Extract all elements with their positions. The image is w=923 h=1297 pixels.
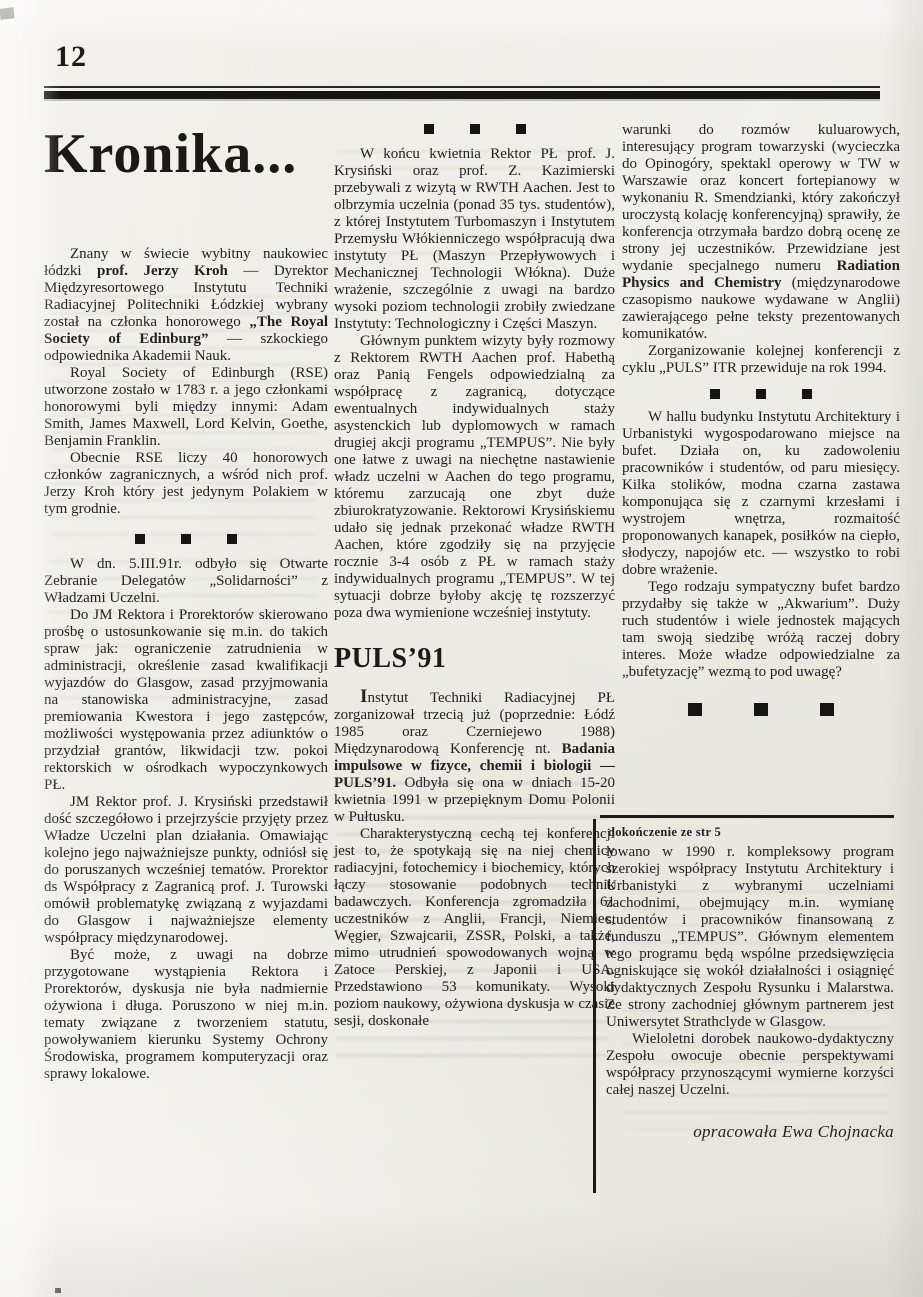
- column-3: warunki do rozmów kuluarowych, interesuj…: [622, 122, 900, 716]
- paragraph: W dn. 5.III.91r. odbyło się Otwarte Zebr…: [44, 556, 328, 607]
- page-number: 12: [55, 40, 87, 74]
- paragraph: JM Rektor prof. J. Krysiński przedstawił…: [44, 794, 328, 947]
- author-credit: opracowała Ewa Chojnacka: [606, 1123, 894, 1140]
- scan-artifact-mark: [0, 7, 15, 19]
- paragraph: Być może, z uwagi na dobrze przygotowane…: [44, 947, 328, 1083]
- paragraph: Znany w świecie wybitny naukowiec łódzki…: [44, 246, 328, 365]
- continuation-rule-vertical: [593, 819, 596, 1193]
- continuation-note: dokończenie ze str 5: [608, 824, 894, 841]
- paragraph: Zorganizowanie kolejnej konferencji z cy…: [622, 343, 900, 377]
- paragraph: Do JM Rektora i Prorektorów skierowano p…: [44, 607, 328, 794]
- column-3-continuation: dokończenie ze str 5 łowano w 1990 r. ko…: [606, 824, 894, 1140]
- column-2: W końcu kwietnia Rektor PŁ prof. J. Krys…: [334, 122, 615, 1030]
- section-separator: [622, 703, 900, 716]
- scanned-newsletter-page: 12 Kronika... Znany w świecie wybitny na…: [0, 0, 923, 1297]
- scan-artifact-mark: [55, 1288, 61, 1293]
- paragraph: łowano w 1990 r. kompleksowy program sze…: [606, 844, 894, 1031]
- square-marker-icon: [227, 534, 237, 544]
- square-marker-icon: [802, 389, 812, 399]
- paragraph: warunki do rozmów kuluarowych, interesuj…: [622, 122, 900, 343]
- square-marker-icon: [688, 703, 702, 716]
- paragraph: W hallu budynku Instytutu Architektury i…: [622, 409, 900, 579]
- square-marker-icon: [756, 389, 766, 399]
- continuation-rule-horizontal: [600, 815, 894, 818]
- paragraph: Royal Society of Edinburgh (RSE) utworzo…: [44, 365, 328, 450]
- square-marker-icon: [424, 124, 434, 134]
- square-marker-icon: [710, 389, 720, 399]
- column-1: Kronika... Znany w świecie wybitny nauko…: [44, 126, 328, 1083]
- square-marker-icon: [516, 124, 526, 134]
- section-separator: [622, 389, 900, 399]
- paragraph: Charakterystyczną cechą tej konferencji …: [334, 826, 615, 1030]
- square-marker-icon: [470, 124, 480, 134]
- paragraph: Głównym punktem wizyty były rozmowy z Re…: [334, 333, 615, 622]
- paragraph: Instytut Techniki Radiacyjnej PŁ zorgani…: [334, 688, 615, 826]
- section-title-puls91: PULS’91: [334, 644, 615, 674]
- header-rule-thick: [44, 91, 880, 99]
- square-marker-icon: [135, 534, 145, 544]
- section-separator: [44, 534, 328, 544]
- paragraph: Wieloletni dorobek naukowo-dydaktyczny Z…: [606, 1031, 894, 1099]
- square-marker-icon: [820, 703, 834, 716]
- section-separator: [334, 124, 615, 134]
- header-rule-thin: [44, 86, 880, 88]
- paragraph: W końcu kwietnia Rektor PŁ prof. J. Krys…: [334, 146, 615, 333]
- paragraph: Tego rodzaju sympatyczny bufet bardzo pr…: [622, 579, 900, 681]
- square-marker-icon: [754, 703, 768, 716]
- square-marker-icon: [181, 534, 191, 544]
- section-title-kronika: Kronika...: [44, 126, 328, 182]
- paragraph: Obecnie RSE liczy 40 honorowych członków…: [44, 450, 328, 518]
